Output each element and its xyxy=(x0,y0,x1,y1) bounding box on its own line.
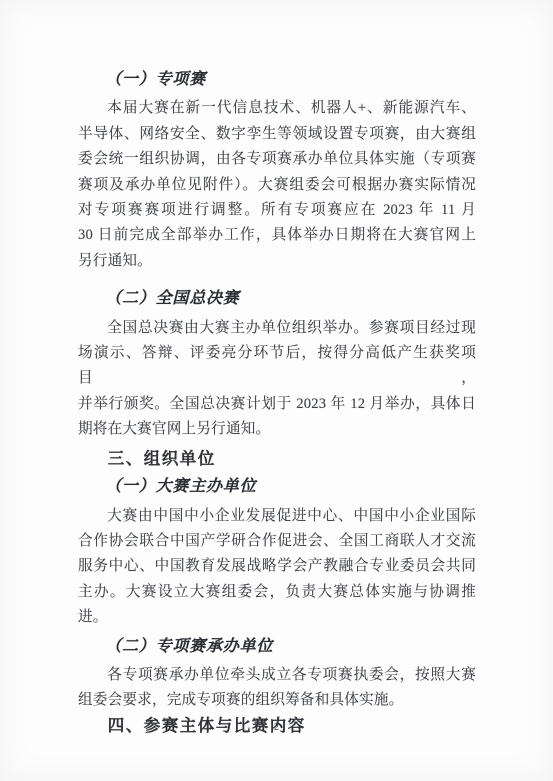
text-line: 另行通知。 xyxy=(78,249,476,274)
paragraph-undertaking-units: 各专项赛承办单位牵头成立各专项赛执委会，按照大赛组委会要求，完成专项赛的组织筹备… xyxy=(78,663,476,714)
text-line: 委会统一组织协调，由各专项赛承办单位具体实施（专项赛 xyxy=(78,147,476,172)
text-line: 主办。大赛设立大赛组委会，负责大赛总体实施与协调推进。 xyxy=(78,580,476,631)
page-number: 2 xyxy=(0,722,553,733)
text-line: 对专项赛赛项进行调整。所有专项赛应在 2023 年 11 月 xyxy=(78,198,476,223)
document-page: （一）专项赛 本届大赛在新一代信息技术、机器人+、新能源汽车、半导体、网络安全、… xyxy=(0,0,553,781)
heading-organizing-units: 三、组织单位 xyxy=(78,447,476,472)
text-line: 场演示、答辩、评委亮分环节后，按得分高低产生获奖项目， xyxy=(78,341,476,392)
text-line: 组委会要求，完成专项赛的组织筹备和具体实施。 xyxy=(78,688,476,713)
heading-undertaking-units: （二）专项赛承办单位 xyxy=(78,634,476,659)
text-line: 服务中心、中国教育发展战略学会产教融合专业委员会共同 xyxy=(78,554,476,579)
paragraph-host-units: 大赛由中国中小企业发展促进中心、中国中小企业国际合作协会联合中国产学研合作促进会… xyxy=(78,504,476,631)
text-line: 半导体、网络安全、数字孪生等领域设置专项赛，由大赛组 xyxy=(78,122,476,147)
paragraph-national-finals: 全国总决赛由大赛主办单位组织举办。参赛项目经过现场演示、答辩、评委亮分环节后，按… xyxy=(78,316,476,443)
text-line: 期将在大赛官网上另行通知。 xyxy=(78,417,476,442)
text-line: 合作协会联合中国产学研合作促进会、全国工商联人才交流 xyxy=(78,529,476,554)
text-line: 30 日前完成全部举办工作，具体举办日期将在大赛官网上 xyxy=(78,223,476,248)
heading-national-finals: （二）全国总决赛 xyxy=(78,286,476,311)
text-line: 赛项及承办单位见附件）。大赛组委会可根据办赛实际情况 xyxy=(78,173,476,198)
text-line: 并举行颁奖。全国总决赛计划于 2023 年 12 月举办，具体日 xyxy=(78,392,476,417)
heading-special-contest: （一）专项赛 xyxy=(78,67,476,92)
paragraph-special-contest: 本届大赛在新一代信息技术、机器人+、新能源汽车、半导体、网络安全、数字孪生等领域… xyxy=(78,96,476,274)
text-line: 大赛由中国中小企业发展促进中心、中国中小企业国际 xyxy=(78,504,476,529)
text-line: 全国总决赛由大赛主办单位组织举办。参赛项目经过现 xyxy=(78,316,476,341)
heading-host-units: （一）大赛主办单位 xyxy=(78,474,476,499)
text-line: 各专项赛承办单位牵头成立各专项赛执委会，按照大赛 xyxy=(78,663,476,688)
text-line: 本届大赛在新一代信息技术、机器人+、新能源汽车、 xyxy=(78,96,476,121)
